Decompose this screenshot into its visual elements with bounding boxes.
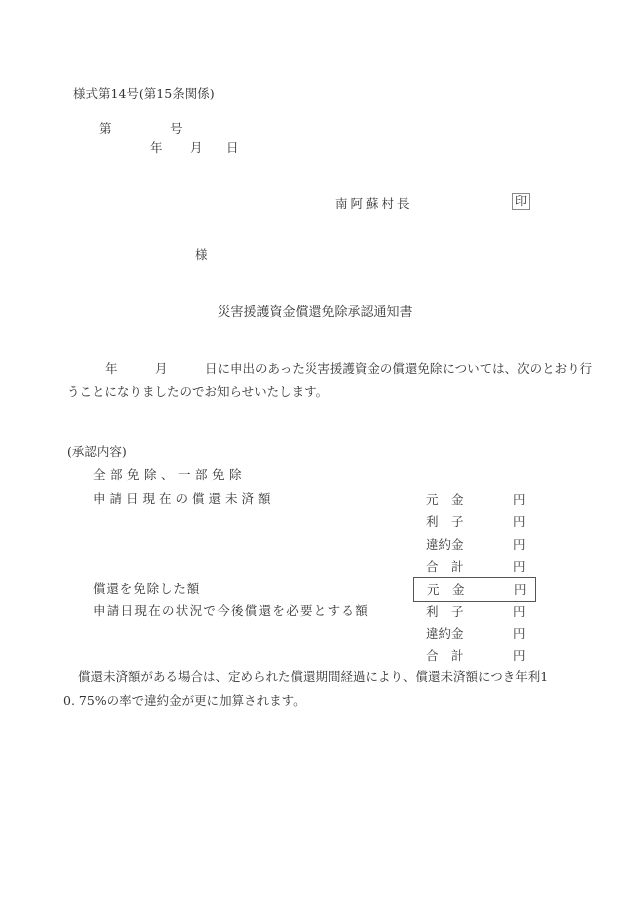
amount-unit: 円 bbox=[514, 578, 527, 601]
amount-label: 違約金 bbox=[426, 534, 464, 556]
amount-label: 元 金 bbox=[426, 489, 464, 511]
exemption-options-label: 全部免除、一部免除 bbox=[93, 467, 246, 483]
amount-row-principal-1: 元 金 円 bbox=[413, 489, 535, 511]
intro-paragraph-line2: うことになりましたのでお知らせいたします。 bbox=[67, 384, 328, 400]
amount-unit: 円 bbox=[513, 623, 526, 645]
amount-label: 利 子 bbox=[426, 601, 464, 623]
seal-mark: 印 bbox=[512, 193, 530, 210]
amount-row-penalty-2: 違約金 円 bbox=[413, 623, 535, 645]
penalty-note-line2: 0. 75%の率で違約金が更に加算されます。 bbox=[63, 693, 306, 709]
amount-label: 合 計 bbox=[426, 556, 464, 578]
intro-paragraph-line1: 年 月 日に申出のあった災害援護資金の償還免除については、次のとおり行 bbox=[105, 361, 592, 377]
document-title: 災害援護資金償還免除承認通知書 bbox=[0, 305, 630, 321]
future-repayment-label: 申請日現在の状況で今後償還を必要とする額 bbox=[93, 603, 369, 619]
penalty-note-line1: 償還未済額がある場合は、定められた償還期間経過により、償還未済額につき年利1 bbox=[78, 669, 548, 685]
amount-label: 利 子 bbox=[426, 511, 464, 533]
date-year-label: 年 bbox=[150, 140, 163, 156]
date-month-label: 月 bbox=[190, 140, 203, 156]
sender-name: 南阿蘇村長 bbox=[335, 196, 413, 212]
amount-row-penalty-1: 違約金 円 bbox=[413, 534, 535, 556]
amount-row-interest-2: 利 子 円 bbox=[413, 601, 535, 623]
amount-unit: 円 bbox=[513, 601, 526, 623]
amount-unit: 円 bbox=[513, 511, 526, 533]
recipient-suffix-label: 様 bbox=[195, 247, 208, 263]
amount-unit: 円 bbox=[513, 534, 526, 556]
doc-number-suffix: 号 bbox=[170, 121, 183, 137]
approval-section-header: (承認内容) bbox=[67, 444, 127, 460]
exempted-amount-label: 償還を免除した額 bbox=[93, 581, 200, 597]
date-day-label: 日 bbox=[226, 140, 239, 156]
form-number-label: 様式第14号(第15条関係) bbox=[73, 86, 215, 102]
amount-unit: 円 bbox=[513, 556, 526, 578]
amount-unit: 円 bbox=[513, 489, 526, 511]
amount-row-total-2: 合 計 円 bbox=[413, 645, 535, 667]
amount-row-principal-exempted-boxed: 元 金 円 bbox=[413, 577, 536, 602]
amount-unit: 円 bbox=[513, 645, 526, 667]
outstanding-amount-label: 申請日現在の償還未済額 bbox=[93, 491, 275, 507]
amount-label: 元 金 bbox=[427, 578, 465, 601]
amount-row-interest-1: 利 子 円 bbox=[413, 511, 535, 533]
amount-label: 合 計 bbox=[426, 645, 464, 667]
doc-number-prefix: 第 bbox=[99, 121, 112, 137]
notice-document-page: 様式第14号(第15条関係) 第 号 年 月 日 南阿蘇村長 印 様 災害援護資… bbox=[0, 0, 630, 915]
amount-label: 違約金 bbox=[426, 623, 464, 645]
amount-row-total-1: 合 計 円 bbox=[413, 556, 535, 578]
